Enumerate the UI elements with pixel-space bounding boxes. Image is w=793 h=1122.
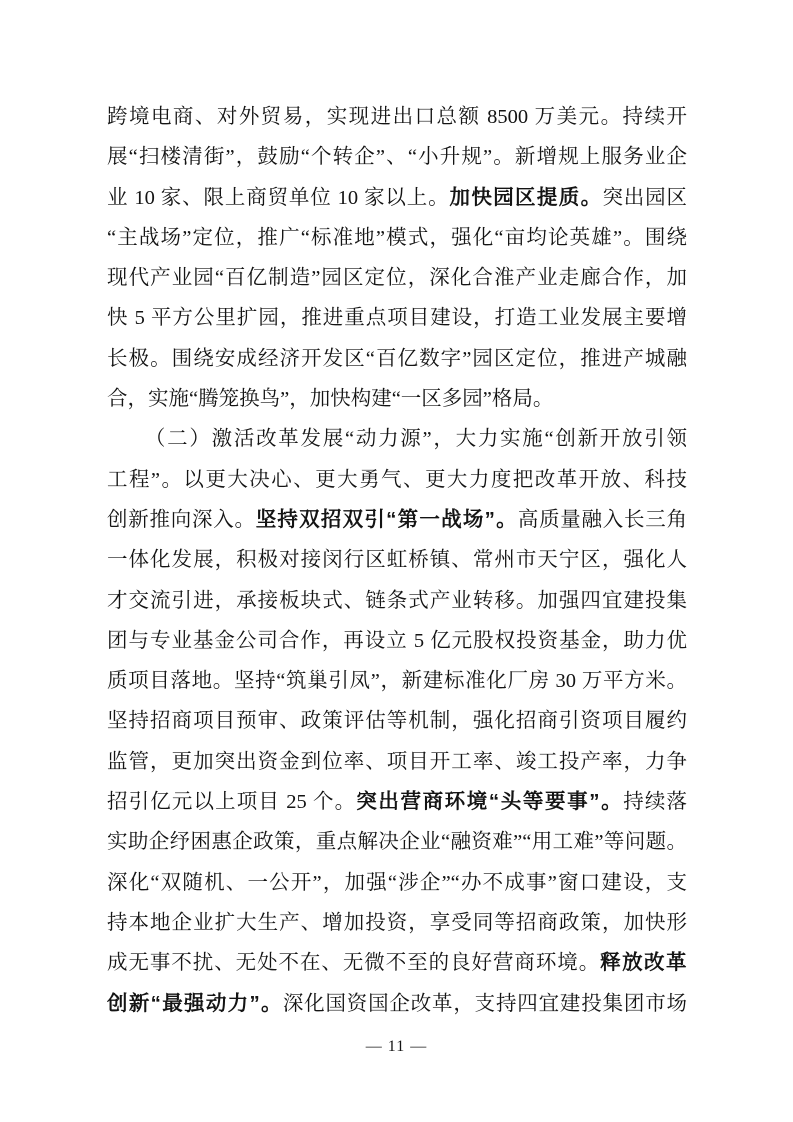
text-run: 坚持招商项目预审、政策评估等机制，强化招商引资项目履约	[107, 710, 687, 732]
bold-text-run: 坚持双招双引“第一战场”。	[256, 508, 518, 531]
text-run: 现代产业园“百亿制造”园区定位，深化合淮产业走廊合作，加	[107, 267, 687, 289]
text-line: 业 10 家、限上商贸单位 10 家以上。加快园区提质。突出园区	[107, 178, 687, 218]
text-run: 高质量融入长三角	[518, 509, 687, 531]
text-line: （二）激活改革发展“动力源”，大力实施“创新开放引领	[107, 419, 687, 459]
text-run: 创新推向深入。	[107, 509, 256, 531]
bold-text-run: 加快园区提质。	[449, 186, 602, 209]
text-line: 快 5 平方公里扩园，推进重点项目建设，打造工业发展主要增	[107, 298, 687, 338]
text-line: 展“扫楼清街”，鼓励“个转企”、“小升规”。新增规上服务业企	[107, 137, 687, 177]
text-run: 一体化发展，积极对接闵行区虹桥镇、常州市天宁区，强化人	[107, 549, 687, 571]
text-line: 深化“双随机、一公开”，加强“涉企”“办不成事”窗口建设，支	[107, 863, 687, 903]
text-run: 工程”。以更大决心、更大勇气、更大力度把改革开放、科技	[107, 469, 687, 491]
text-run: 展“扫楼清街”，鼓励“个转企”、“小升规”。新增规上服务业企	[107, 146, 687, 168]
bold-text-run: 释放改革	[600, 951, 687, 974]
text-line: 合，实施“腾笼换鸟”，加快构建“一区多园”格局。	[107, 379, 687, 419]
text-line: 一体化发展，积极对接闵行区虹桥镇、常州市天宁区，强化人	[107, 540, 687, 580]
text-line: 创新“最强动力”。深化国资国企改革，支持四宜建投集团市场	[107, 984, 687, 1024]
bold-text-run: 创新“最强动力”。	[107, 992, 283, 1015]
text-run: （二）激活改革发展“动力源”，大力实施“创新开放引领	[145, 428, 687, 450]
text-line: 创新推向深入。坚持双招双引“第一战场”。高质量融入长三角	[107, 500, 687, 540]
document-page: 跨境电商、对外贸易，实现进出口总额 8500 万美元。持续开展“扫楼清街”，鼓励…	[0, 0, 793, 1122]
text-line: 团与专业基金公司合作，再设立 5 亿元股权投资基金，助力优	[107, 621, 687, 661]
text-line: 现代产业园“百亿制造”园区定位，深化合淮产业走廊合作，加	[107, 258, 687, 298]
text-line: 工程”。以更大决心、更大勇气、更大力度把改革开放、科技	[107, 460, 687, 500]
text-line: 持本地企业扩大生产、增加投资，享受同等招商政策，加快形	[107, 903, 687, 943]
text-line: 质项目落地。坚持“筑巢引凤”，新建标准化厂房 30 万平方米。	[107, 661, 687, 701]
text-run: 成无事不扰、无处不在、无微不至的良好营商环境。	[107, 952, 600, 974]
text-line: 坚持招商项目预审、政策评估等机制，强化招商引资项目履约	[107, 701, 687, 741]
text-run: 合，实施“腾笼换鸟”，加快构建“一区多园”格局。	[107, 388, 553, 410]
text-line: 监管，更加突出资金到位率、项目开工率、竣工投产率，力争	[107, 742, 687, 782]
text-line: 跨境电商、对外贸易，实现进出口总额 8500 万美元。持续开	[107, 97, 687, 137]
text-run: 团与专业基金公司合作，再设立 5 亿元股权投资基金，助力优	[107, 630, 687, 652]
text-run: 实助企纾困惠企政策，重点解决企业“融资难”“用工难”等问题。	[107, 831, 687, 853]
text-run: 持本地企业扩大生产、增加投资，享受同等招商政策，加快形	[107, 912, 687, 934]
page-number: — 11 —	[0, 1038, 793, 1056]
text-run: 持续落	[623, 791, 687, 813]
text-run: 深化国资国企改革，支持四宜建投集团市场	[283, 993, 687, 1015]
text-line: 长极。围绕安成经济开发区“百亿数字”园区定位，推进产城融	[107, 339, 687, 379]
text-line: 才交流引进，承接板块式、链条式产业转移。加强四宜建投集	[107, 581, 687, 621]
text-run: 长极。围绕安成经济开发区“百亿数字”园区定位，推进产城融	[107, 348, 687, 370]
text-run: 才交流引进，承接板块式、链条式产业转移。加强四宜建投集	[107, 590, 687, 612]
text-run: 质项目落地。坚持“筑巢引凤”，新建标准化厂房 30 万平方米。	[107, 670, 687, 692]
bold-text-run: 突出营商环境“头等要事”。	[356, 790, 623, 813]
text-line: 招引亿元以上项目 25 个。突出营商环境“头等要事”。持续落	[107, 782, 687, 822]
text-run: 快 5 平方公里扩园，推进重点项目建设，打造工业发展主要增	[107, 307, 687, 329]
text-line: 实助企纾困惠企政策，重点解决企业“融资难”“用工难”等问题。	[107, 822, 687, 862]
text-run: 监管，更加突出资金到位率、项目开工率、竣工投产率，力争	[107, 751, 687, 773]
text-line: 成无事不扰、无处不在、无微不至的良好营商环境。释放改革	[107, 943, 687, 983]
text-run: 业 10 家、限上商贸单位 10 家以上。	[107, 187, 449, 209]
text-run: 跨境电商、对外贸易，实现进出口总额 8500 万美元。持续开	[107, 106, 687, 128]
text-run: 深化“双随机、一公开”，加强“涉企”“办不成事”窗口建设，支	[107, 872, 687, 894]
text-run: 突出园区	[602, 187, 687, 209]
text-line: “主战场”定位，推广“标准地”模式，强化“亩均论英雄”。围绕	[107, 218, 687, 258]
document-body: 跨境电商、对外贸易，实现进出口总额 8500 万美元。持续开展“扫楼清街”，鼓励…	[107, 97, 687, 1024]
text-run: “主战场”定位，推广“标准地”模式，强化“亩均论英雄”。围绕	[107, 227, 687, 249]
text-run: 招引亿元以上项目 25 个。	[107, 791, 356, 813]
